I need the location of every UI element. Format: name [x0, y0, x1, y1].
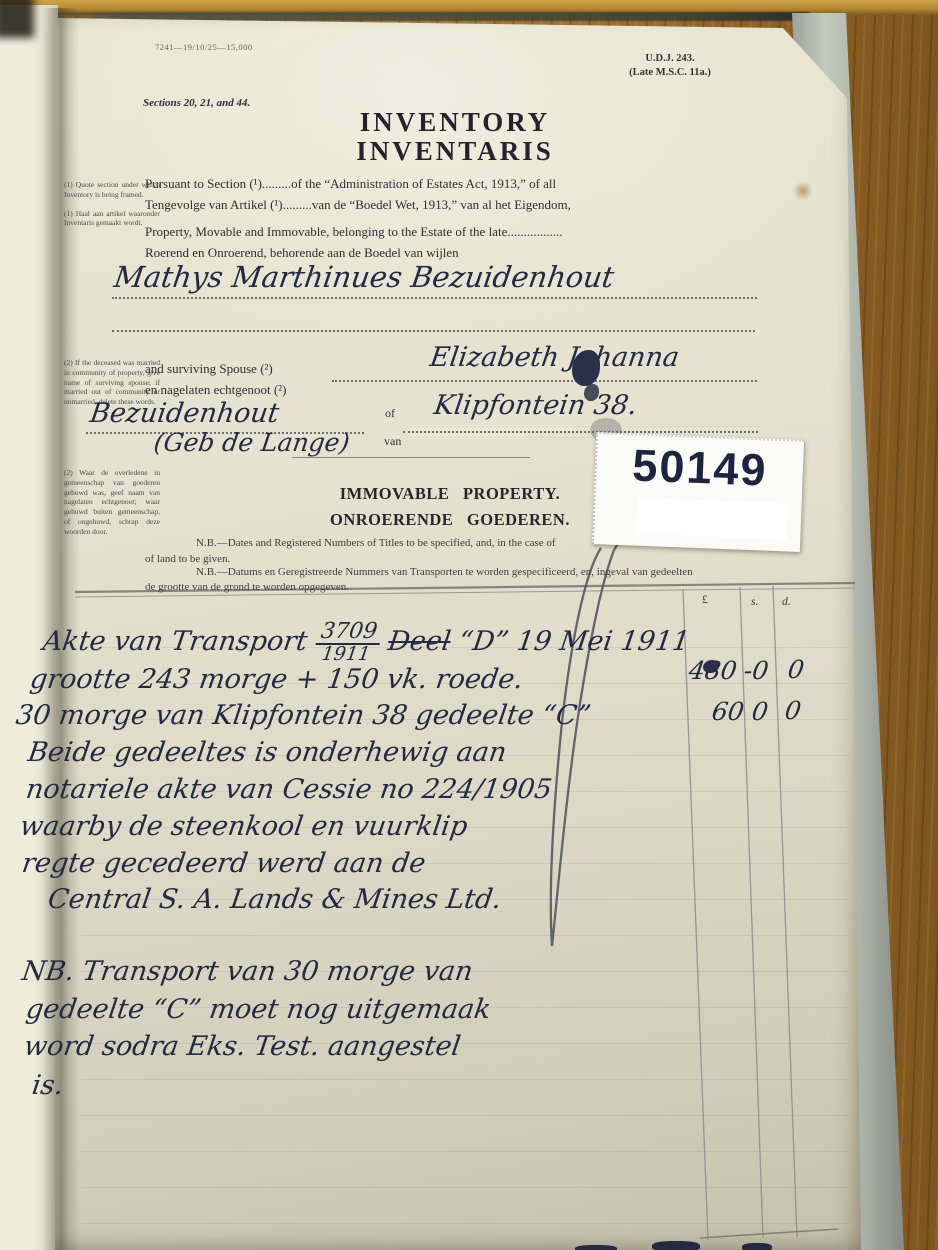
property-line-en: Property, Movable and Immovable, belongi…	[145, 224, 563, 240]
dotted-line-name	[112, 297, 757, 299]
nb-en-line1: N.B.—Dates and Registered Numbers of Tit…	[196, 537, 556, 549]
bottom-edge-mark-1	[575, 1245, 617, 1250]
title-dutch: INVENTARIS	[255, 137, 655, 166]
photographed-inventory-document: 7241—19/10/25—15,000 U.D.J. 243. (Late M…	[0, 0, 938, 1250]
ledger-line-is: is.	[30, 1070, 65, 1101]
van-label: van	[384, 434, 401, 449]
pursuant-line-en: Pursuant to Section (¹).........of the “…	[145, 176, 556, 192]
ledger-line-central: Central S. A. Lands & Mines Ltd.	[46, 884, 503, 915]
ledger-line-akte: Akte van Transport 37091911 Deel “D” 19 …	[40, 622, 692, 663]
ledger-line-grootte: grootte 243 morge + 150 vk. roede.	[28, 664, 525, 695]
sections-note: Sections 20, 21, and 44.	[143, 97, 250, 109]
fraction-numerator: 3709	[315, 622, 382, 645]
bottom-edge-mark-3	[742, 1243, 772, 1250]
amount-row2-pound: 60	[710, 697, 746, 726]
form-reference-line1: U.D.J. 243.	[600, 52, 740, 66]
sticker-gloss-area	[636, 498, 787, 540]
archive-number-sticker: 50149	[592, 432, 804, 552]
pursuant-line-nl: Tengevolge van Artikel (¹).........van d…	[145, 197, 571, 213]
fraction-denominator: 1911	[313, 645, 380, 663]
struck-word: Deel	[386, 626, 453, 657]
handwritten-farm-name: Klipfontein 38.	[432, 390, 639, 421]
handwritten-spouse-surname: Bezuidenhout	[88, 398, 281, 429]
column-header-pence: d.	[782, 596, 791, 608]
property-line-nl: Roerend en Onroerend, behorende aan de B…	[145, 245, 459, 261]
handwritten-deceased-name: Mathys Marthinues Bezuidenhout	[112, 260, 616, 294]
akte-post: “D” 19 Mei 1911	[448, 626, 691, 657]
ledger-line-word-sodra: word sodra Eks. Test. aangestel	[22, 1031, 462, 1062]
title-english: INVENTORY	[255, 108, 655, 137]
amount-row1-shilling: -0	[742, 656, 770, 685]
sticker-number: 50149	[596, 438, 804, 498]
separator-rule	[292, 457, 530, 458]
dotted-line-spouse	[332, 380, 757, 382]
ledger-line-gedeelte-c: gedeelte “C” moet nog uitgemaak	[24, 994, 493, 1025]
dotted-line-blank	[112, 330, 755, 332]
ledger-line-notariele: notariele akte van Cessie no 224/1905	[24, 774, 554, 805]
column-header-pound: £	[702, 594, 708, 606]
margin-note-2-nl: (2) Waar de overledene in gemeenschap va…	[64, 468, 160, 536]
form-print-code: 7241—19/10/25—15,000	[155, 42, 253, 52]
nb-nl-line2: de grootte van de grond te worden opgege…	[145, 581, 349, 593]
page-title: INVENTORY INVENTARIS	[255, 108, 655, 166]
akte-pre: Akte van Transport	[41, 626, 318, 657]
handwritten-maiden-name: (Geb de Lange)	[152, 428, 351, 457]
paper-stain	[792, 182, 814, 200]
spouse-line-nl: en nagelaten echtgenoot (²)	[145, 382, 286, 398]
ledger-line-waarby: waarby de steenkool en vuurklip	[18, 811, 469, 842]
ledger-line-regte: regte gecedeerd werd aan de	[20, 848, 428, 879]
ledger-line-nb-transport: NB. Transport van 30 morge van	[20, 956, 475, 987]
handwritten-spouse-given-names: Elizabeth Johanna	[428, 342, 681, 373]
column-header-shilling: s.	[751, 596, 758, 608]
deed-number-fraction: 37091911	[313, 622, 383, 663]
ledger-line-30morge: 30 morge van Klipfontein 38 gedeelte “C”	[14, 700, 593, 731]
of-label: of	[385, 406, 395, 421]
spouse-line-en: and surviving Spouse (²)	[145, 361, 273, 377]
dotted-line-farm	[403, 431, 758, 433]
nb-en-line2: of land to be given.	[145, 553, 230, 565]
form-reference-line2: (Late M.S.C. 11a.)	[600, 66, 740, 80]
nb-nl-line1: N.B.—Datums en Geregistreerde Nummers va…	[196, 566, 693, 578]
form-reference: U.D.J. 243. (Late M.S.C. 11a.)	[600, 52, 740, 79]
bottom-edge-mark-2	[652, 1241, 700, 1250]
ledger-line-beide: Beide gedeeltes is onderhewig aan	[26, 737, 509, 768]
